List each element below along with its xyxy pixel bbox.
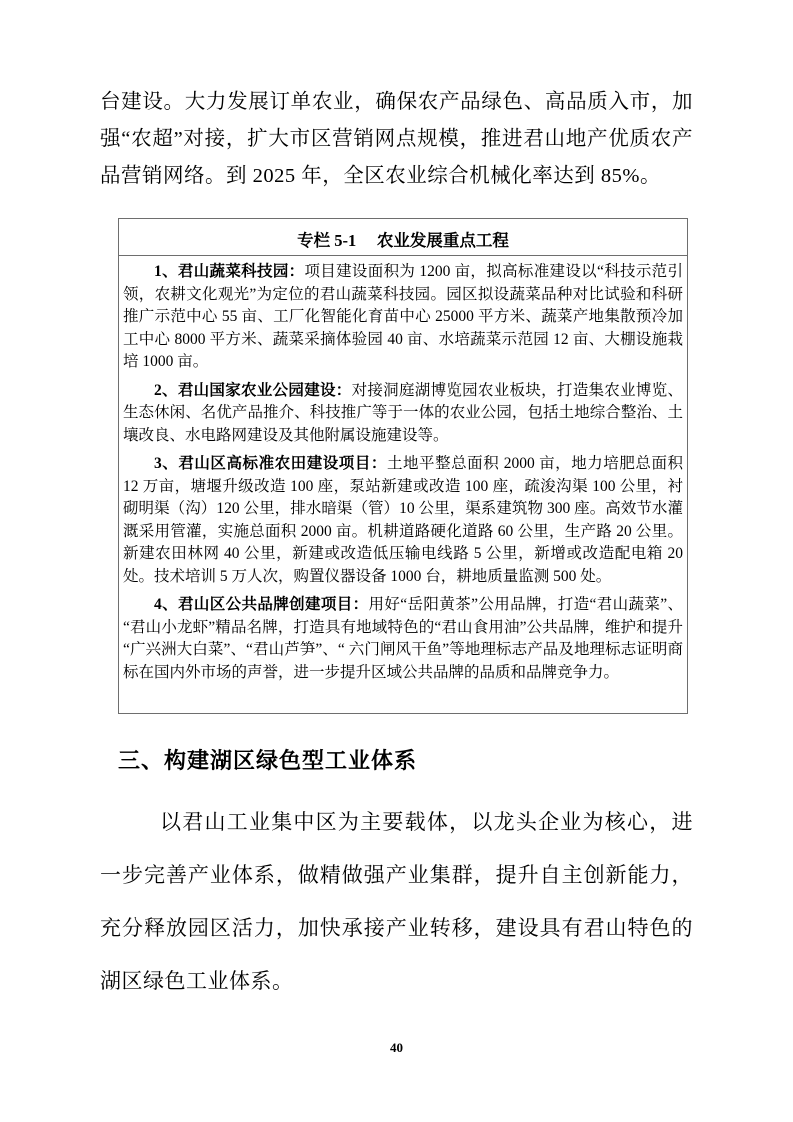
panel-item-1: 1、君山蔬菜科技园：项目建设面积为 1200 亩，拟高标准建设以“科技示范引领，… [123, 259, 683, 374]
feature-box-body: 1、君山蔬菜科技园：项目建设面积为 1200 亩，拟高标准建设以“科技示范引领，… [119, 256, 687, 684]
panel-item-4: 4、君山区公共品牌创建项目：用好“岳阳黄茶”公用品牌，打造“君山蔬菜”、“君山小… [123, 588, 683, 684]
feature-box: 专栏 5-1 农业发展重点工程 1、君山蔬菜科技园：项目建设面积为 1200 亩… [118, 218, 688, 714]
panel-item-3: 3、君山区高标准农田建设项目：土地平整总面积 2000 亩，地力培肥总面积 12… [123, 447, 683, 588]
panel-item-4-label: 4、君山区公共品牌创建项目： [154, 596, 369, 613]
panel-item-2-label: 2、君山国家农业公园建设： [154, 382, 352, 399]
panel-item-3-text: 土地平整总面积 2000 亩，地力培肥总面积 12 万亩，塘堰升级改造 100 … [123, 455, 683, 585]
panel-item-2: 2、君山国家农业公园建设：对接洞庭湖博览园农业板块，打造集农业博览、生态休闲、名… [123, 374, 683, 448]
panel-item-1-label: 1、君山蔬菜科技园： [154, 263, 304, 280]
page-number: 40 [0, 1040, 793, 1056]
feature-box-title: 专栏 5-1 农业发展重点工程 [119, 219, 687, 256]
intro-paragraph: 台建设。大力发展订单农业，确保农产品绿色、高品质入市，加强“农超”对接，扩大市区… [100, 84, 693, 195]
panel-item-3-label: 3、君山区高标准农田建设项目： [154, 455, 387, 472]
document-page: 台建设。大力发展订单农业，确保农产品绿色、高品质入市，加强“农超”对接，扩大市区… [0, 0, 793, 1122]
section-heading: 三、构建湖区绿色型工业体系 [118, 744, 417, 775]
section-paragraph: 以君山工业集中区为主要载体，以龙头企业为核心，进一步完善产业体系，做精做强产业集… [100, 796, 693, 1008]
